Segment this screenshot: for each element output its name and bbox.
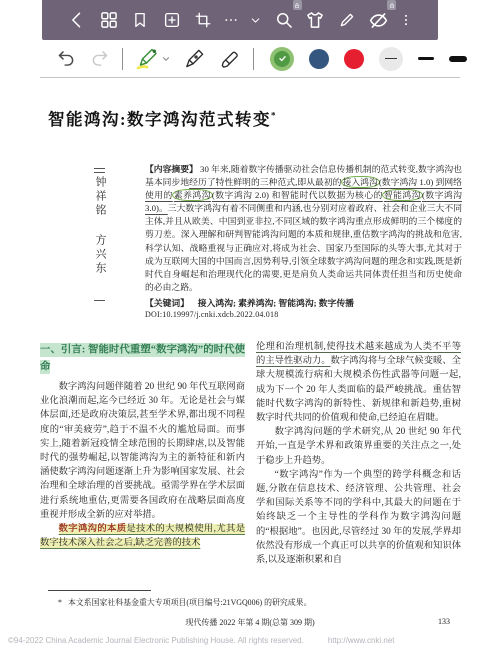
author-2: 方兴东 — [94, 234, 106, 276]
body-text: 数字鸿沟将与全球气候变暖、全球大规模流行病和大规模杀伤性武器等问题一起,成为下一… — [256, 356, 461, 423]
circled-annotation-intelligent-divide[interactable]: 智能鸿沟 — [382, 189, 423, 201]
body-paragraph: “数字鸿沟”作为一个典型的跨学科概念和话题,分散在信息技术、经济管理、公共管理、… — [256, 468, 461, 567]
page-number: 133 — [438, 617, 450, 626]
footnote: *本文系国家社科基金重大专项项目(项目编号:21VGQ006) 的研究成果。 — [58, 597, 458, 608]
bookmark-icon[interactable] — [129, 9, 151, 31]
pen-tool-selected[interactable] — [135, 46, 171, 72]
circled-annotation-literacy-divide[interactable]: 素养鸿沟 — [172, 189, 213, 201]
title-footnote-marker: * — [271, 111, 277, 121]
redo-icon[interactable] — [89, 48, 110, 69]
two-column-body: 一、引言: 智能时代重塑“数字鸿沟”的时代使命 数字鸿沟问题伴随着 20 世纪 … — [40, 340, 462, 567]
overflow-menu-icon[interactable] — [399, 9, 414, 31]
section-heading: 一、引言: 智能时代重塑“数字鸿沟”的时代使命 — [40, 341, 245, 375]
footnote-rule — [48, 590, 151, 591]
stroke-medium-option[interactable] — [418, 57, 434, 60]
body-paragraph: 数字鸿沟问题的学术研究,从 20 世纪 90 年代开始,一直是学术界和政策界重要… — [256, 425, 461, 468]
right-column: 伦理和治理机制,使得技术越来越成为人类不平等的主导性驱动力。数字鸿沟将与全球气候… — [256, 340, 461, 567]
chevron-down-icon[interactable] — [248, 9, 263, 31]
keywords-text: 接入鸿沟; 素养鸿沟; 智能鸿沟; 数字传播 — [198, 298, 354, 308]
highlighted-red-text[interactable]: 数字鸿沟的本质 — [59, 524, 127, 534]
lock-icon — [387, 0, 396, 10]
eye-off-icon[interactable] — [367, 9, 389, 31]
undo-icon[interactable] — [56, 48, 77, 69]
author-1: 钟祥铭 — [94, 176, 106, 218]
pdf-reader-app: 智能鸿沟:数字鸿沟范式转变* 钟祥铭方兴东 【内容摘要】 30 年来,随着数字传… — [0, 0, 500, 653]
copyright-line: ©94-2022 China Academic Journal Electron… — [8, 636, 486, 645]
color-red[interactable] — [344, 49, 364, 69]
underlined-annotation[interactable]: (数字鸿沟 2.0) 和智能时代以数据为核心的 — [212, 190, 383, 200]
left-column: 一、引言: 智能时代重塑“数字鸿沟”的时代使命 数字鸿沟问题伴随着 20 世纪 … — [40, 340, 245, 567]
body-paragraph: 数字鸿沟问题伴随着 20 世纪 90 年代互联网商业化浪潮而起,迄今已经近 30… — [40, 380, 245, 522]
keywords-line: 【关键词】 接入鸿沟; 素养鸿沟; 智能鸿沟; 数字传播 — [145, 296, 462, 309]
article-title: 智能鸿沟:数字鸿沟范式转变* — [48, 106, 277, 130]
body-paragraph: 伦理和治理机制,使得技术越来越成为人类不平等的主导性驱动力。数字鸿沟将与全球气候… — [256, 340, 461, 425]
stroke-thick-option[interactable] — [449, 56, 467, 62]
journal-issue-line: 现代传播 2022 年第 4 期(总第 309 期) — [0, 617, 500, 628]
toolbar-divider — [253, 48, 254, 70]
highlighter-tool[interactable] — [218, 47, 241, 70]
footnote-marker: * — [58, 598, 62, 607]
lock-icon — [293, 0, 302, 10]
copyright-text: ©94-2022 China Academic Journal Electron… — [8, 636, 304, 645]
main-toolbar — [42, 0, 438, 40]
fountain-pen-tool[interactable] — [183, 47, 206, 70]
body-paragraph: 数字鸿沟的本质是技术的大规模使用,尤其是数字技术深入社会之后,缺乏完善的技术 — [40, 522, 245, 550]
search-icon[interactable] — [273, 9, 295, 31]
cnki-url: http://www.cnki.net — [328, 636, 395, 645]
color-and-stroke-group — [270, 47, 467, 71]
keywords-label: 【关键词】 — [145, 298, 189, 308]
author-names: 钟祥铭方兴东 — [92, 176, 108, 326]
doi-line: DOI:10.19997/j.cnki.xdcb.2022.04.018 — [145, 310, 278, 319]
check-icon — [274, 51, 290, 67]
heading-highlight-annotation[interactable]: 一、引言: 智能时代重塑“数字鸿沟”的时代使命 — [40, 343, 245, 374]
abstract-label: 【内容摘要】 — [145, 164, 198, 174]
abstract-text: 三大数字鸿沟有着不同侧重和内涵,也分别对应着政府、社会和企业三大不同主体,并且从… — [145, 203, 462, 292]
abstract-paragraph: 【内容摘要】 30 年来,随着数字传播驱动社会信息传播机制的范式转变,数字鸿沟也… — [145, 163, 462, 294]
thin-line-icon — [385, 58, 397, 60]
author-bracket-top — [94, 168, 105, 173]
crop-icon[interactable] — [192, 9, 214, 31]
author-bracket-bottom — [94, 300, 105, 301]
theme-shirt-icon[interactable] — [304, 9, 326, 31]
stroke-thin-option[interactable] — [379, 47, 403, 71]
circled-annotation-access-divide[interactable]: 接入鸿沟 — [341, 176, 380, 188]
annotate-pen-icon[interactable] — [336, 9, 358, 31]
grid-view-icon[interactable] — [98, 9, 120, 31]
toolbar-divider — [122, 48, 123, 70]
underlined-annotation[interactable]: 经历了特性鲜明的三种范式,即从最初的 — [189, 177, 341, 187]
color-green-selected[interactable] — [270, 47, 294, 71]
color-blue[interactable] — [309, 49, 329, 69]
annotation-toolbar — [40, 40, 460, 78]
add-page-icon[interactable] — [161, 9, 183, 31]
more-ellipsis-icon[interactable] — [224, 9, 239, 31]
footnote-text: 本文系国家社科基金重大专项项目(项目编号:21VGQ006) 的研究成果。 — [68, 598, 312, 607]
back-icon[interactable] — [66, 9, 88, 31]
